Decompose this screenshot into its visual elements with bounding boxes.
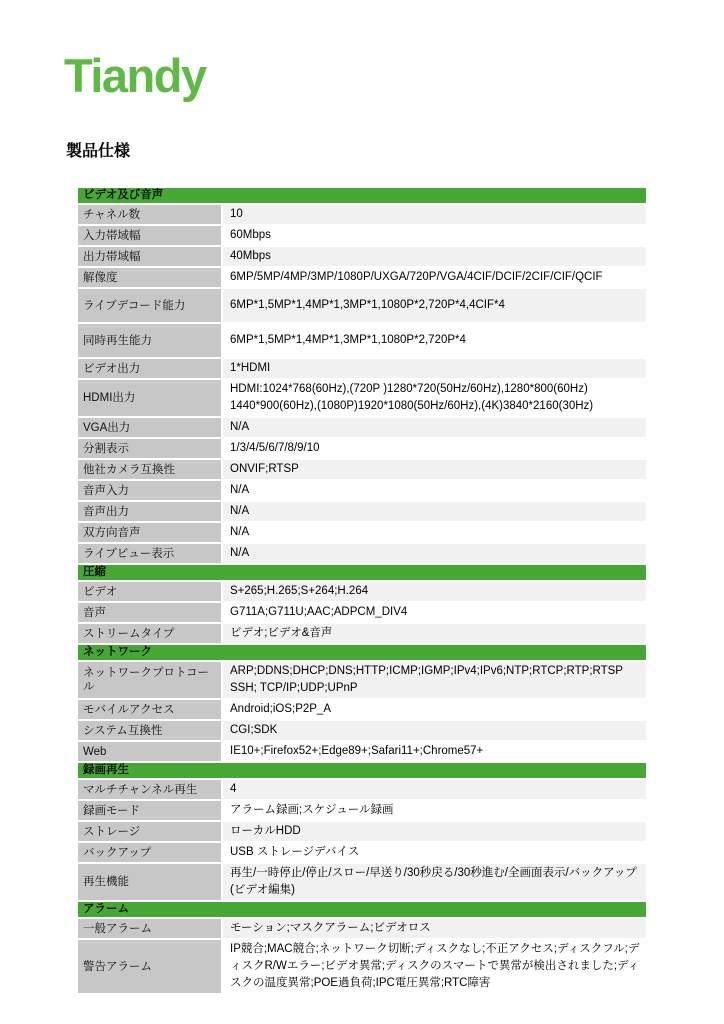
row-value: アラーム録画;スケジュール録画 [223, 801, 646, 820]
row-label: 警告アラーム [78, 940, 221, 993]
spec-row: WebIE10+;Firefox52+;Edge89+;Safari11+;Ch… [78, 742, 646, 761]
section-header: ネットワーク [78, 645, 646, 660]
row-label: 一般アラーム [78, 919, 221, 938]
spec-row: 一般アラームモーション;マスクアラーム;ビデオロス [78, 919, 646, 938]
spec-row: ネットワークプロトコールARP;DDNS;DHCP;DNS;HTTP;ICMP;… [78, 662, 646, 698]
row-label: Web [78, 742, 221, 761]
spec-section: ビデオ及び音声チャネル数10入力帯域幅60Mbps出力帯域幅40Mbps解像度6… [78, 188, 646, 563]
spec-row: マルチチャンネル再生4 [78, 780, 646, 799]
spec-section: ネットワークネットワークプロトコールARP;DDNS;DHCP;DNS;HTTP… [78, 645, 646, 761]
spec-row: 録画モードアラーム録画;スケジュール録画 [78, 801, 646, 820]
spec-row: モバイルアクセスAndroid;iOS;P2P_A [78, 700, 646, 719]
row-value: HDMI:1024*768(60Hz),(720P )1280*720(50Hz… [223, 380, 646, 416]
row-label: 双方向音声 [78, 523, 221, 542]
row-label: マルチチャンネル再生 [78, 780, 221, 799]
row-value: S+265;H.265;S+264;H.264 [223, 582, 646, 601]
section-header: 録画再生 [78, 763, 646, 778]
row-value: 4 [223, 780, 646, 799]
row-value: 6MP*1,5MP*1,4MP*1,3MP*1,1080P*2,720P*4 [223, 324, 646, 357]
spec-row: 音声出力N/A [78, 502, 646, 521]
row-value: USB ストレージデバイス [223, 843, 646, 862]
spec-row: ライブビュー表示N/A [78, 544, 646, 563]
row-value: ビデオ;ビデオ&音声 [223, 624, 646, 643]
row-label: 再生機能 [78, 864, 221, 900]
spec-section: アラーム一般アラームモーション;マスクアラーム;ビデオロス警告アラームIP競合;… [78, 902, 646, 993]
row-label: HDMI出力 [78, 380, 221, 416]
spec-row: 分割表示1/3/4/5/6/7/8/9/10 [78, 439, 646, 458]
row-label: システム互換性 [78, 721, 221, 740]
spec-row: ストリームタイプビデオ;ビデオ&音声 [78, 624, 646, 643]
row-value: Android;iOS;P2P_A [223, 700, 646, 719]
row-label: 分割表示 [78, 439, 221, 458]
row-label: バックアップ [78, 843, 221, 862]
row-value: 1/3/4/5/6/7/8/9/10 [223, 439, 646, 458]
row-value: 60Mbps [223, 226, 646, 245]
tiandy-logo: Tiandy [64, 48, 206, 103]
row-value: 10 [223, 205, 646, 224]
row-label: ストリームタイプ [78, 624, 221, 643]
row-label: ビデオ [78, 582, 221, 601]
section-header: アラーム [78, 902, 646, 917]
row-value: IP競合;MAC競合;ネットワーク切断;ディスクなし;不正アクセス;ディスクフル… [223, 940, 646, 993]
spec-row: ビデオ出力1*HDMI [78, 359, 646, 378]
spec-row: 音声入力N/A [78, 481, 646, 500]
row-value: N/A [223, 544, 646, 563]
row-value: IE10+;Firefox52+;Edge89+;Safari11+;Chrom… [223, 742, 646, 761]
spec-row: バックアップUSB ストレージデバイス [78, 843, 646, 862]
spec-row: ストレージローカルHDD [78, 822, 646, 841]
row-label: 入力帯域幅 [78, 226, 221, 245]
row-label: 出力帯域幅 [78, 247, 221, 266]
spec-row: VGA出力N/A [78, 418, 646, 437]
row-value: 1*HDMI [223, 359, 646, 378]
row-value: モーション;マスクアラーム;ビデオロス [223, 919, 646, 938]
row-label: ライブビュー表示 [78, 544, 221, 563]
spec-row: 解像度6MP/5MP/4MP/3MP/1080P/UXGA/720P/VGA/4… [78, 268, 646, 287]
row-value: ONVIF;RTSP [223, 460, 646, 479]
section-header: 圧縮 [78, 565, 646, 580]
spec-row: 双方向音声N/A [78, 523, 646, 542]
row-value: 6MP/5MP/4MP/3MP/1080P/UXGA/720P/VGA/4CIF… [223, 268, 646, 287]
spec-row: システム互換性CGI;SDK [78, 721, 646, 740]
spec-row: 警告アラームIP競合;MAC競合;ネットワーク切断;ディスクなし;不正アクセス;… [78, 940, 646, 993]
spec-section: 録画再生マルチチャンネル再生4録画モードアラーム録画;スケジュール録画ストレージ… [78, 763, 646, 900]
row-label: チャネル数 [78, 205, 221, 224]
spec-row: 他社カメラ互換性ONVIF;RTSP [78, 460, 646, 479]
row-value: 6MP*1,5MP*1,4MP*1,3MP*1,1080P*2,720P*4,4… [223, 289, 646, 322]
row-label: 音声入力 [78, 481, 221, 500]
spec-row: 再生機能再生/一時停止/停止/スロー/早送り/30秒戻る/30秒進む/全画面表示… [78, 864, 646, 900]
row-label: 録画モード [78, 801, 221, 820]
spec-row: ビデオS+265;H.265;S+264;H.264 [78, 582, 646, 601]
row-value: G711A;G711U;AAC;ADPCM_DIV4 [223, 603, 646, 622]
row-label: 音声出力 [78, 502, 221, 521]
spec-table: ビデオ及び音声チャネル数10入力帯域幅60Mbps出力帯域幅40Mbps解像度6… [78, 188, 646, 995]
spec-row: HDMI出力HDMI:1024*768(60Hz),(720P )1280*72… [78, 380, 646, 416]
row-label: ビデオ出力 [78, 359, 221, 378]
row-value: ローカルHDD [223, 822, 646, 841]
spec-row: 音声G711A;G711U;AAC;ADPCM_DIV4 [78, 603, 646, 622]
row-value: N/A [223, 481, 646, 500]
row-value: 40Mbps [223, 247, 646, 266]
page-title: 製品仕様 [66, 138, 130, 161]
spec-row: ライブデコード能力6MP*1,5MP*1,4MP*1,3MP*1,1080P*2… [78, 289, 646, 322]
row-label: VGA出力 [78, 418, 221, 437]
row-label: 同時再生能力 [78, 324, 221, 357]
row-value: N/A [223, 523, 646, 542]
row-value: N/A [223, 418, 646, 437]
spec-sheet-page: Tiandy 製品仕様 ビデオ及び音声チャネル数10入力帯域幅60Mbps出力帯… [0, 0, 724, 1024]
row-label: モバイルアクセス [78, 700, 221, 719]
spec-row: チャネル数10 [78, 205, 646, 224]
row-value: 再生/一時停止/停止/スロー/早送り/30秒戻る/30秒進む/全画面表示/バック… [223, 864, 646, 900]
spec-row: 同時再生能力6MP*1,5MP*1,4MP*1,3MP*1,1080P*2,72… [78, 324, 646, 357]
row-label: 音声 [78, 603, 221, 622]
row-value: ARP;DDNS;DHCP;DNS;HTTP;ICMP;IGMP;IPv4;IP… [223, 662, 646, 698]
row-value: CGI;SDK [223, 721, 646, 740]
spec-row: 入力帯域幅60Mbps [78, 226, 646, 245]
row-value: N/A [223, 502, 646, 521]
spec-section: 圧縮ビデオS+265;H.265;S+264;H.264音声G711A;G711… [78, 565, 646, 643]
row-label: ストレージ [78, 822, 221, 841]
section-header: ビデオ及び音声 [78, 188, 646, 203]
spec-row: 出力帯域幅40Mbps [78, 247, 646, 266]
row-label: ライブデコード能力 [78, 289, 221, 322]
row-label: ネットワークプロトコール [78, 662, 221, 698]
row-label: 解像度 [78, 268, 221, 287]
row-label: 他社カメラ互換性 [78, 460, 221, 479]
